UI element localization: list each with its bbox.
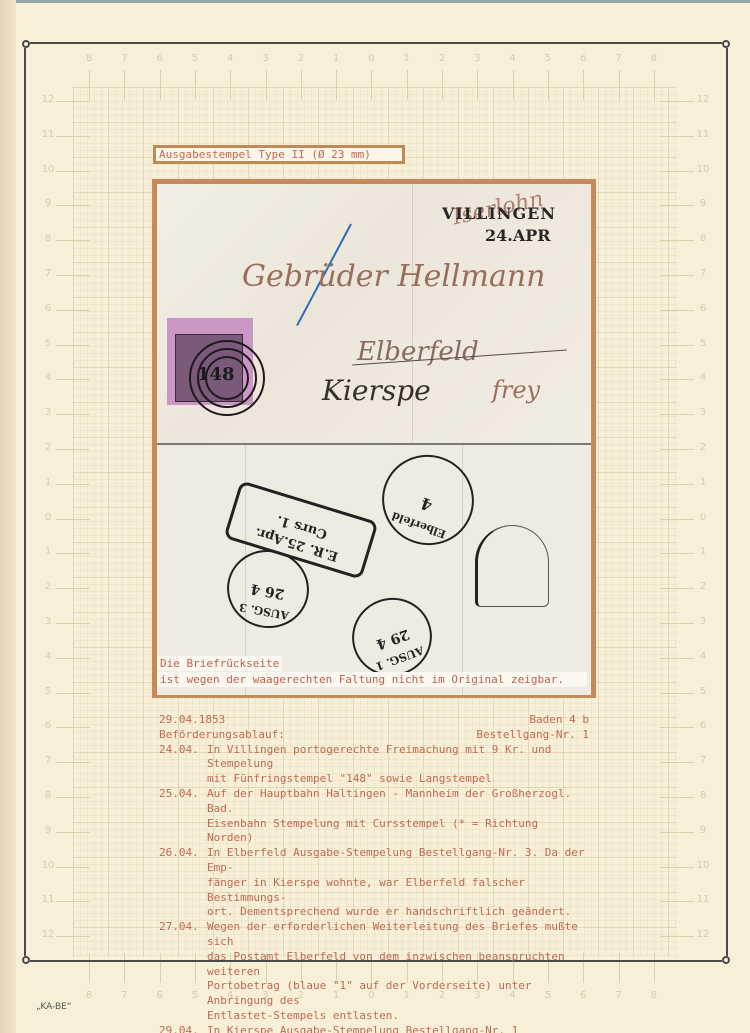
cancel-number: 148	[197, 364, 235, 385]
description-block: 29.04.1853 Baden 4 b Beförderungsablauf:…	[159, 713, 589, 1033]
catalog-number: Baden 4 b	[529, 713, 589, 728]
date-line-stamp: 24.APR	[485, 226, 551, 245]
entry-date: 26.04.	[159, 846, 207, 920]
back-caption-line-2: ist wegen der waagerechten Faltung nicht…	[157, 672, 587, 687]
entry-text: Wegen der erforderlichen Weiterleitung d…	[207, 920, 589, 1024]
route-entries: 24.04.In Villingen portogerechte Freimac…	[159, 743, 589, 1033]
entry-text: In Villingen portogerechte Freimachung m…	[207, 743, 589, 787]
cover-front: Iserlohn VILLINGEN 24.APR Gebrüder Hellm…	[157, 184, 591, 443]
ruler-label: 7	[611, 990, 627, 1001]
entry-date: 29.04.	[159, 1024, 207, 1033]
address-note: frey	[492, 376, 540, 404]
cover-mount: Iserlohn VILLINGEN 24.APR Gebrüder Hellm…	[152, 179, 596, 698]
route-entry: 27.04.Wegen der erforderlichen Weiterlei…	[159, 920, 589, 1024]
description-header-1: 29.04.1853 Baden 4 b	[159, 713, 589, 728]
town-line-stamp: VILLINGEN	[442, 204, 556, 223]
route-entry: 25.04.Auf der Hauptbahn Haltingen - Mann…	[159, 787, 589, 846]
back-caption-line-1: Die Briefrückseite	[157, 656, 282, 671]
entry-text: Auf der Hauptbahn Haltingen - Mannheim d…	[207, 787, 589, 846]
entlastet-stamp-partial	[475, 525, 549, 607]
elberfeld-circle-stamp: Elberfeld 4	[369, 442, 486, 558]
ruler-label: 8	[81, 990, 97, 1001]
frame-corner-ornament	[722, 956, 732, 966]
entry-text: In Elberfeld Ausgabe-Stempelung Bestellg…	[207, 846, 589, 920]
exhibit-heading-box: Ausgabestempel Type II (Ø 23 mm)	[153, 145, 405, 164]
exhibit-heading: Ausgabestempel Type II (Ø 23 mm)	[156, 148, 402, 161]
entry-date: 25.04.	[159, 787, 207, 846]
frame-corner-ornament	[20, 956, 30, 966]
description-header-2: Beförderungsablauf: Bestellgang-Nr. 1	[159, 728, 589, 743]
ruler-label: 7	[116, 990, 132, 1001]
cover-back-photo: E.R. 25.Apr. Curs 1. Elberfeld 4 AUSG. 3…	[157, 443, 591, 695]
page-binding-edge	[0, 0, 16, 1033]
cover-date: 29.04.1853	[159, 713, 225, 728]
frame-corner-ornament	[722, 38, 732, 48]
address-line-3: Kierspe	[322, 374, 431, 407]
delivery-round: Bestellgang-Nr. 1	[476, 728, 589, 743]
route-entry: 29.04.In Kierspe Ausgabe-Stempelung Best…	[159, 1024, 589, 1033]
top-edge	[0, 0, 750, 3]
frame-corner-ornament	[20, 38, 30, 48]
ruler-label: 8	[646, 990, 662, 1001]
postage-stamp-baden-9kr: 148	[167, 318, 253, 405]
publisher-mark: „KA-BE“	[36, 1002, 72, 1012]
route-entry: 26.04.In Elberfeld Ausgabe-Stempelung Be…	[159, 846, 589, 920]
entry-date: 27.04.	[159, 920, 207, 1024]
route-entry: 24.04.In Villingen portogerechte Freimac…	[159, 743, 589, 787]
entry-text: In Kierspe Ausgabe-Stempelung Bestellgan…	[207, 1024, 589, 1033]
route-label: Beförderungsablauf:	[159, 728, 285, 743]
entry-date: 24.04.	[159, 743, 207, 787]
address-line-1: Gebrüder Hellmann	[242, 259, 546, 294]
